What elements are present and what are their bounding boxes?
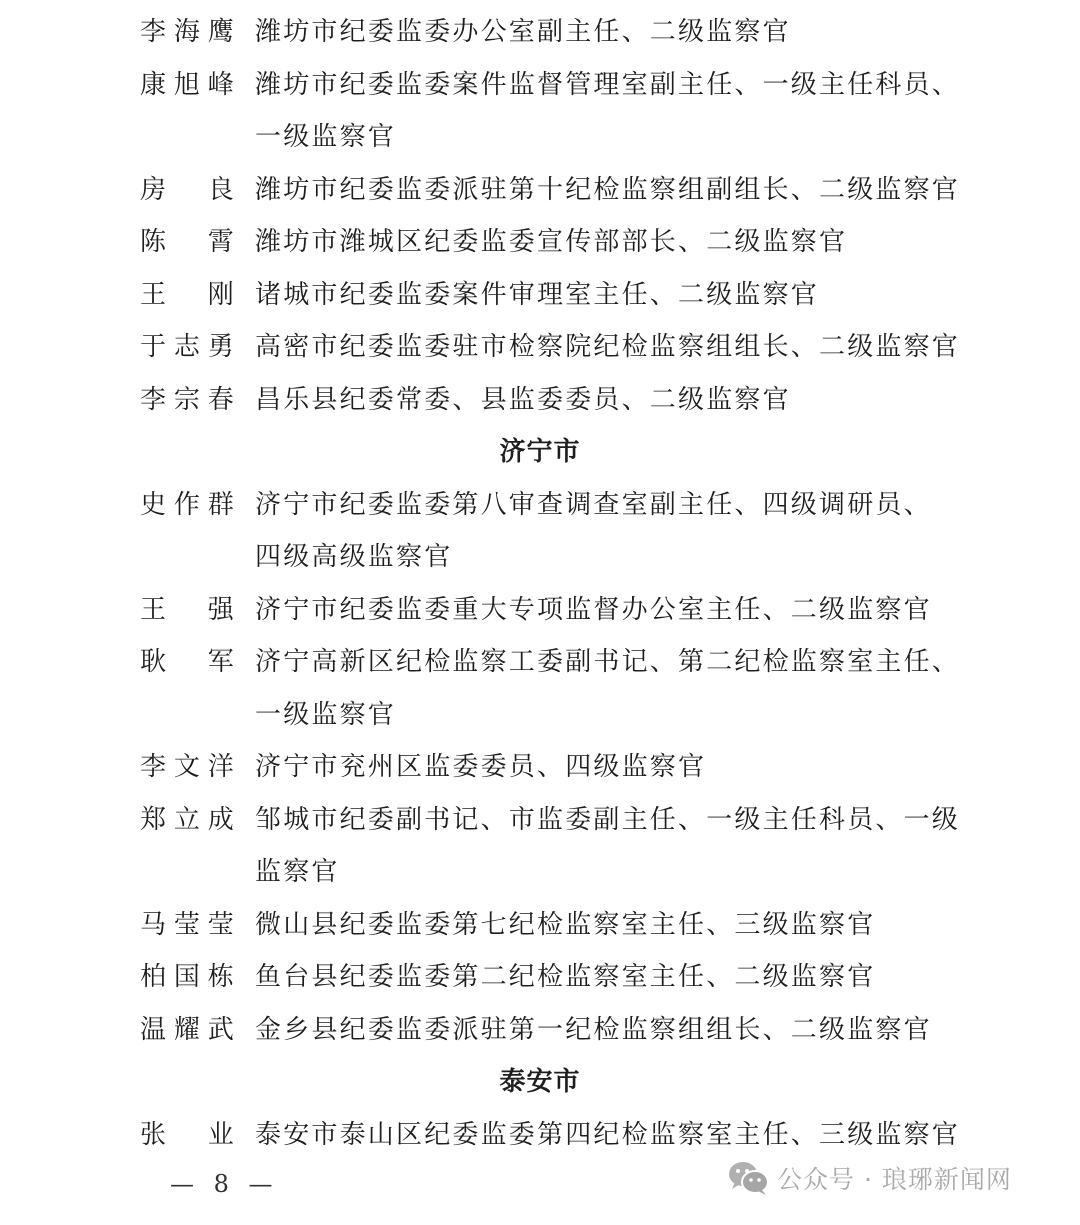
person-name: 史作群: [140, 479, 236, 531]
name-char: 李: [140, 374, 168, 426]
section-heading-text: 泰安市: [499, 1067, 580, 1097]
person-name: 陈霄: [140, 216, 236, 268]
name-char: 立: [174, 794, 202, 846]
name-char: 王: [140, 269, 168, 321]
person-name: 王刚: [140, 269, 236, 321]
name-char: 良: [208, 164, 236, 216]
page-number: — 8 —: [170, 1170, 279, 1198]
name-char: 耀: [174, 1004, 202, 1056]
person-name: 康旭峰: [140, 59, 236, 111]
name-char: 莹: [174, 899, 202, 951]
position-description: 潍坊市潍城区纪委监委宣传部部长、二级监察官: [255, 216, 847, 268]
name-char: 旭: [174, 59, 202, 111]
name-char: 志: [174, 321, 202, 373]
name-char: 柏: [140, 951, 168, 1003]
position-description: 昌乐县纪委常委、县监委委员、二级监察官: [255, 374, 791, 426]
person-name: 于志勇: [140, 321, 236, 373]
name-char: 李: [140, 6, 168, 58]
position-description: 济宁市纪委监委第八审查调查室副主任、四级调研员、: [255, 479, 932, 531]
name-char: 群: [208, 479, 236, 531]
section-heading: 泰安市: [0, 1056, 1080, 1108]
name-char: 洋: [208, 741, 236, 793]
name-char: 宗: [174, 374, 202, 426]
position-description: 潍坊市纪委监委办公室副主任、二级监察官: [255, 6, 791, 58]
name-char: 武: [208, 1004, 236, 1056]
position-description: 微山县纪委监委第七纪检监察室主任、三级监察官: [255, 899, 875, 951]
name-char: 海: [174, 6, 202, 58]
person-name: 温耀武: [140, 1004, 236, 1056]
name-char: 勇: [208, 321, 236, 373]
section-heading: 济宁市: [0, 426, 1080, 478]
position-description: 诸城市纪委监委案件审理室主任、二级监察官: [255, 269, 819, 321]
position-description: 潍坊市纪委监委派驻第十纪检监察组副组长、二级监察官: [255, 164, 960, 216]
name-char: 李: [140, 741, 168, 793]
name-char: 耿: [140, 636, 168, 688]
name-char: 春: [208, 374, 236, 426]
name-char: 张: [140, 1109, 168, 1161]
section-heading-text: 济宁市: [499, 437, 580, 467]
name-char: 郑: [140, 794, 168, 846]
name-char: 栋: [208, 951, 236, 1003]
document-page: 李海鹰潍坊市纪委监委办公室副主任、二级监察官康旭峰潍坊市纪委监委案件监督管理室副…: [0, 0, 1080, 1225]
position-description: 高密市纪委监委驻市检察院纪检监察组组长、二级监察官: [255, 321, 960, 373]
name-char: 国: [174, 951, 202, 1003]
name-char: 刚: [208, 269, 236, 321]
watermark-text: 公众号 · 琅琊新闻网: [777, 1160, 1012, 1196]
person-name: 李宗春: [140, 374, 236, 426]
position-description: 一级监察官: [255, 111, 396, 163]
position-description: 济宁市纪委监委重大专项监督办公室主任、二级监察官: [255, 584, 932, 636]
person-name: 房良: [140, 164, 236, 216]
name-char: 峰: [208, 59, 236, 111]
person-name: 耿军: [140, 636, 236, 688]
name-char: 温: [140, 1004, 168, 1056]
position-description: 泰安市泰山区纪委监委第四纪检监察室主任、三级监察官: [255, 1109, 960, 1161]
name-char: 鹰: [208, 6, 236, 58]
position-description: 监察官: [255, 846, 340, 898]
watermark: 公众号 · 琅琊新闻网: [727, 1160, 1012, 1196]
name-char: 业: [208, 1109, 236, 1161]
person-name: 郑立成: [140, 794, 236, 846]
name-char: 军: [208, 636, 236, 688]
name-char: 成: [208, 794, 236, 846]
name-char: 康: [140, 59, 168, 111]
position-description: 四级高级监察官: [255, 531, 452, 583]
name-char: 于: [140, 321, 168, 373]
position-description: 邹城市纪委副书记、市监委副主任、一级主任科员、一级: [255, 794, 960, 846]
name-char: 霄: [208, 216, 236, 268]
person-name: 张业: [140, 1109, 236, 1161]
person-name: 李文洋: [140, 741, 236, 793]
name-char: 史: [140, 479, 168, 531]
name-char: 文: [174, 741, 202, 793]
name-char: 王: [140, 584, 168, 636]
name-char: 房: [140, 164, 168, 216]
position-description: 一级监察官: [255, 689, 396, 741]
position-description: 济宁高新区纪检监察工委副书记、第二纪检监察室主任、: [255, 636, 960, 688]
name-char: 作: [174, 479, 202, 531]
position-description: 金乡县纪委监委派驻第一纪检监察组组长、二级监察官: [255, 1004, 932, 1056]
position-description: 鱼台县纪委监委第二纪检监察室主任、二级监察官: [255, 951, 875, 1003]
position-description: 济宁市兖州区监委委员、四级监察官: [255, 741, 706, 793]
wechat-icon: [727, 1160, 771, 1196]
name-char: 陈: [140, 216, 168, 268]
person-name: 柏国栋: [140, 951, 236, 1003]
name-char: 马: [140, 899, 168, 951]
person-name: 王强: [140, 584, 236, 636]
person-name: 李海鹰: [140, 6, 236, 58]
position-description: 潍坊市纪委监委案件监督管理室副主任、一级主任科员、: [255, 59, 960, 111]
name-char: 莹: [208, 899, 236, 951]
person-name: 马莹莹: [140, 899, 236, 951]
name-char: 强: [208, 584, 236, 636]
